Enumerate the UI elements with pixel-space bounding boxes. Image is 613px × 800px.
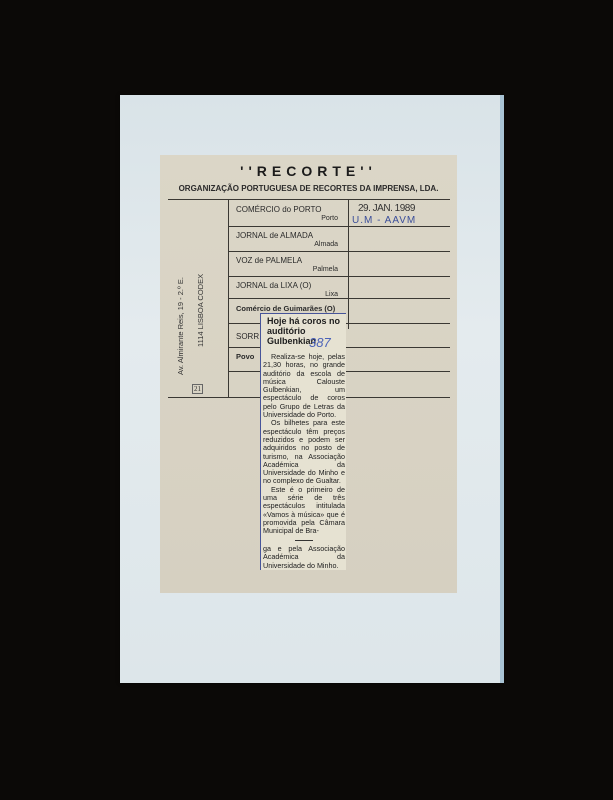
clipping-border [260,313,346,314]
address-street: Av. Almirante Reis, 19 - 2.º E. [176,277,185,375]
brand-title: ''RECORTE'' [160,163,457,179]
date-stamp: 29. JAN. 1989 [358,203,415,214]
article-continuation: ga e pela Associação Académica da Univer… [263,545,345,570]
address-city: 1114 LISBOA CODEX [196,274,205,347]
handwritten-stamp: U.M - AAVM [352,215,416,226]
separator [295,540,313,541]
publication-row: COMÉRCIO do PORTO Porto [228,202,348,226]
paragraph: Realiza-se hoje, pelas 21,30 horas, no g… [263,353,345,419]
divider [168,199,450,200]
paragraph: Este é o primeiro de uma série de três e… [263,486,345,536]
headline: Hoje há coros no auditório Gulbenkian [267,316,345,346]
newspaper-clipping: Hoje há coros no auditório Gulbenkian 38… [260,313,346,570]
organization-name: ORGANIZAÇÃO PORTUGUESA DE RECORTES DA IM… [160,184,457,193]
publication-row: VOZ de PALMELA Palmela [228,253,348,277]
publication-row: JORNAL de ALMADA Almada [228,228,348,252]
paragraph: Os bilhetes para este espectáculo têm pr… [263,419,345,485]
handwritten-number: 387 [309,335,331,350]
page-number: 21 [192,384,203,394]
article-body: Realiza-se hoje, pelas 21,30 horas, no g… [263,353,345,536]
divider [348,199,349,329]
address-block: Av. Almirante Reis, 19 - 2.º E. 1114 LIS… [172,225,222,375]
